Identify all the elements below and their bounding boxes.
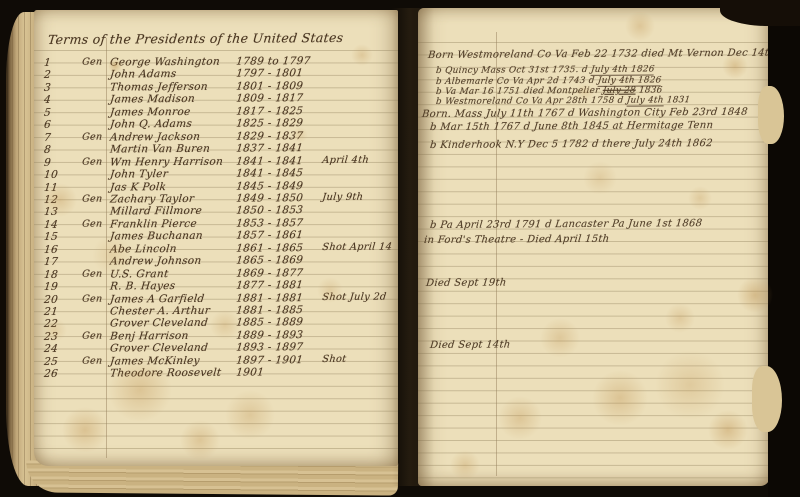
row-prefix: Gen [82, 193, 103, 204]
row-years: 1789 to 1797 [236, 55, 311, 68]
row-name: John Tyler [110, 168, 169, 180]
row-years: 1849 - 1850 [236, 192, 304, 204]
row-number: 3 [43, 82, 51, 94]
row-years: 1885 - 1889 [236, 317, 304, 329]
note-text: Born. Mass July 11th 1767 d Washington C… [421, 106, 748, 119]
row-number: 11 [43, 181, 58, 193]
margin-note: Died Sept 14th [429, 339, 511, 351]
ledger-photo: Terms of the Presidents of the United St… [0, 0, 800, 497]
row-name: Wm Henry Harrison [110, 155, 224, 168]
row-number: 8 [43, 144, 51, 156]
note-text: Born Westmoreland Co Va Feb 22 1732 died… [427, 47, 800, 61]
note-text: 1836 [635, 85, 663, 95]
row-number: 4 [43, 94, 51, 106]
row-name: John Adams [110, 68, 178, 80]
note-text: b Westmoreland Co Va Apr 28th 1758 d [436, 95, 628, 106]
row-number: 15 [43, 231, 58, 243]
note-text: 1831 [663, 95, 691, 105]
note-text: b Albemarle Co Va Apr 2d 1743 d [436, 75, 599, 86]
row-name: Chester A. Arthur [110, 305, 211, 318]
row-years: 1897 - 1901 [236, 354, 304, 366]
margin-note: Died Sept 19th [425, 277, 507, 289]
row-name: Franklin Pierce [110, 218, 198, 231]
row-name: Theodore Roosevelt [110, 367, 222, 380]
row-number: 19 [43, 281, 58, 293]
row-years: 1861 - 1865 [236, 242, 304, 254]
row-prefix: Gen [82, 293, 103, 304]
margin-note: b Mar 15th 1767 d June 8th 1845 at Hermi… [429, 120, 713, 133]
row-years: 1901 [236, 367, 265, 379]
row-years: 1845 - 1849 [236, 180, 304, 192]
row-number: 26 [43, 368, 58, 380]
row-number: 14 [43, 219, 58, 231]
row-number: 12 [43, 194, 58, 206]
row-number: 20 [43, 293, 58, 305]
row-years: 1853 - 1857 [236, 217, 304, 229]
row-number: 22 [43, 318, 58, 330]
row-years: 1841 - 1841 [236, 155, 304, 167]
row-prefix: Gen [82, 131, 103, 142]
row-name: George Washington [110, 56, 221, 69]
row-number: 16 [43, 244, 58, 256]
note-text: Died Sept 19th [425, 277, 507, 289]
row-name: Jas K Polk [110, 181, 167, 193]
row-years: 1857 - 1861 [236, 229, 304, 241]
row-name: Thomas Jefferson [110, 81, 209, 94]
row-years: 1881 - 1885 [236, 304, 304, 316]
row-number: 23 [43, 331, 58, 343]
note-underlined-text: July 4th 1826 [590, 64, 655, 75]
row-name: James A Garfield [110, 292, 206, 305]
row-number: 9 [43, 156, 51, 168]
page-title: Terms of the Presidents of the United St… [47, 30, 344, 47]
row-number: 25 [43, 356, 58, 368]
row-name: Zachary Taylor [110, 193, 195, 206]
row-name: Andrew Johnson [110, 255, 203, 268]
row-prefix: Gen [82, 218, 103, 229]
margin-note: in Ford's Theatre - Died April 15th [423, 234, 610, 246]
row-name: John Q. Adams [110, 118, 193, 131]
row-number: 18 [43, 268, 58, 280]
note-text: b Mar 15th 1767 d June 8th 1845 at Hermi… [429, 120, 713, 133]
row-years: 1869 - 1877 [236, 267, 304, 279]
row-number: 5 [43, 107, 51, 119]
margin-note: b Quincy Mass Oct 31st 1735. d July 4th … [436, 64, 656, 76]
row-years: 1877 - 1881 [236, 279, 304, 291]
row-prefix: Gen [82, 156, 103, 167]
note-text: b Quincy Mass Oct 31st 1735. d [436, 65, 592, 76]
left-page: Terms of the Presidents of the United St… [34, 10, 398, 466]
row-number: 24 [43, 343, 58, 355]
row-name: Millard Fillmore [110, 205, 203, 218]
row-prefix: Gen [82, 268, 103, 279]
row-name: Grover Cleveland [110, 342, 209, 355]
row-number: 6 [43, 119, 51, 131]
row-years: 1865 - 1869 [236, 254, 304, 266]
row-number: 17 [43, 256, 58, 268]
row-note: Shot [322, 354, 347, 365]
row-name: Abe Lincoln [110, 243, 178, 255]
row-years: 1797 - 1801 [236, 68, 304, 80]
row-number: 13 [43, 206, 58, 218]
note-underlined-text: July 4th [626, 95, 664, 106]
row-years: 1817 - 1825 [236, 105, 304, 117]
row-name: U.S. Grant [110, 268, 170, 280]
note-text: b Pa April 23rd 1791 d Lancaster Pa June… [429, 218, 702, 231]
row-prefix: Gen [82, 57, 103, 68]
row-name: Martin Van Buren [110, 143, 211, 156]
row-note: July 9th [322, 192, 364, 203]
torn-paper-bit [758, 86, 784, 144]
torn-paper-bit [752, 366, 782, 432]
row-prefix: Gen [82, 330, 103, 341]
margin-note: b Pa April 23rd 1791 d Lancaster Pa June… [429, 218, 702, 231]
note-text: b Kinderhook N.Y Dec 5 1782 d there July… [429, 138, 713, 151]
row-number: 2 [43, 69, 51, 81]
row-name: Grover Cleveland [110, 317, 209, 330]
row-name: Andrew Jackson [110, 131, 201, 144]
note-text: in Ford's Theatre - Died April 15th [423, 234, 610, 246]
row-years: 1809 - 1817 [236, 92, 304, 104]
row-name: James McKinley [110, 355, 201, 368]
row-years: 1801 - 1809 [236, 80, 304, 92]
row-years: 1825 - 1829 [236, 117, 304, 129]
margin-note: b Westmoreland Co Va Apr 28th 1758 d Jul… [436, 95, 691, 107]
ledger-row: 26Theodore Roosevelt1901 [33, 366, 399, 382]
row-note: April 4th [322, 154, 370, 165]
row-years: 1829 - 1837 [236, 130, 304, 142]
row-years: 1881 - 1881 [236, 292, 304, 304]
row-name: Benj Harrison [110, 330, 190, 343]
row-note: Shot July 2d [322, 291, 387, 302]
row-name: James Buchanan [110, 230, 204, 243]
row-years: 1893 - 1897 [236, 341, 304, 353]
row-prefix: Gen [82, 355, 103, 366]
row-years: 1850 - 1853 [236, 205, 304, 217]
row-name: James Madison [110, 93, 196, 106]
margin-note: Born. Mass July 11th 1767 d Washington C… [421, 106, 748, 119]
margin-note: b Kinderhook N.Y Dec 5 1782 d there July… [429, 138, 713, 151]
right-page: Born Westmoreland Co Va Feb 22 1732 died… [418, 8, 770, 486]
row-note: Shot April 14 [322, 241, 393, 252]
row-number: 10 [43, 169, 58, 181]
row-name: R. B. Hayes [110, 280, 176, 292]
row-years: 1889 - 1893 [236, 329, 304, 341]
row-years: 1841 - 1845 [236, 167, 304, 179]
row-years: 1837 - 1841 [236, 142, 304, 154]
note-text: Died Sept 14th [429, 339, 511, 351]
row-number: 21 [43, 306, 58, 318]
note-struck-text: July 28 [602, 85, 636, 95]
row-number: 1 [43, 57, 51, 69]
row-number: 7 [43, 132, 51, 144]
note-text: b Va Mar 16 1751 died Montpelier [436, 85, 604, 96]
margin-note: Born Westmoreland Co Va Feb 22 1732 died… [427, 47, 800, 61]
row-name: James Monroe [110, 106, 192, 119]
